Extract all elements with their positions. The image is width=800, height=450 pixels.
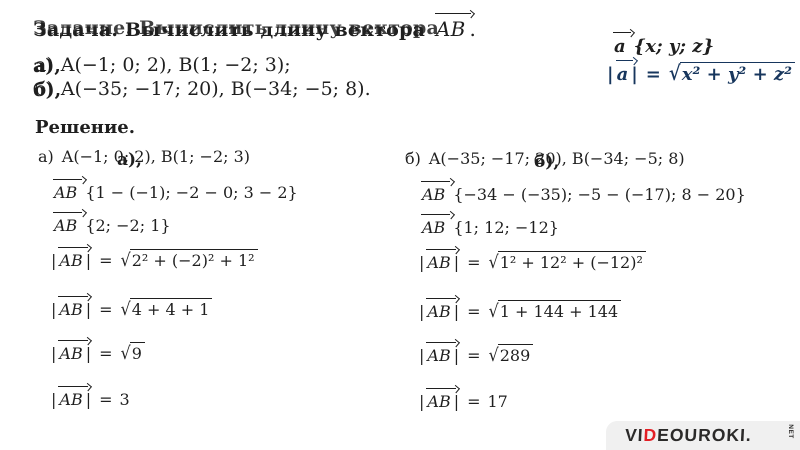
vector-components-result: AB{1; 12; −12}: [420, 218, 559, 237]
vector-ab-arrow: AB: [420, 218, 447, 237]
slide: Задание. Вычислить длину вектора Задача.…: [0, 0, 800, 450]
components-values: {1; 12; −12}: [453, 218, 559, 237]
vector-ab-arrow: AB: [425, 392, 452, 411]
components-values: {2; −2; 1}: [85, 216, 170, 235]
task-b-points: A(−35; −17; 20), B(−34; −5; 8).: [61, 78, 371, 100]
logo-part-post: EOUROKI.: [657, 425, 753, 445]
vector-a-arrow: a: [612, 36, 628, 57]
equals-sign: =: [646, 64, 661, 85]
vector-ab-arrow: AB: [425, 302, 452, 321]
abs-bar: |: [418, 302, 425, 321]
radicand: 1 + 144 + 144: [498, 300, 621, 321]
abs-bar: |: [453, 392, 460, 411]
formula-radicand: x² + y² + z²: [680, 62, 795, 85]
magnitude-value: 3: [120, 390, 130, 409]
task-b-ghost-label: б),: [33, 79, 61, 101]
vector-components-result: AB{2; −2; 1}: [52, 216, 171, 235]
abs-bar: |: [85, 251, 92, 270]
abs-bar: |: [418, 346, 425, 365]
radicand: 9: [130, 342, 145, 363]
abs-bar: |: [50, 251, 57, 270]
vector-components-step: AB{1 − (−1); −2 − 0; 3 − 2}: [52, 183, 298, 202]
logo-part-pre: VI: [625, 425, 645, 445]
radicand: 4 + 4 + 1: [130, 298, 213, 319]
sqrt-icon: √: [489, 300, 499, 321]
abs-bar: |: [418, 392, 425, 411]
logo-text: VIDEOUROKI.: [624, 425, 752, 446]
abs-bar: |: [418, 253, 425, 272]
vector-a-arrow: a: [615, 64, 631, 85]
formula-magnitude-line: |a|=√x² + y² + z²: [606, 62, 795, 85]
abs-bar: |: [630, 64, 639, 85]
task-line-a: а)A(−1; 0; 2), B(1; −2; 3);: [35, 54, 291, 76]
abs-bar: |: [50, 300, 57, 319]
equals-sign: =: [467, 392, 480, 411]
sqrt-icon: √: [121, 298, 131, 319]
result-step: |AB|=3: [50, 390, 130, 409]
sqrt-icon: √: [489, 344, 499, 365]
magnitude-step: |AB|=√4 + 4 + 1: [50, 298, 212, 319]
abs-bar: |: [50, 344, 57, 363]
solution-a-points: A(−1; 0; 2), B(1; −2; 3): [62, 147, 250, 166]
formula-components: {x; y; z}: [634, 36, 714, 57]
vector-ab-arrow: AB: [425, 346, 452, 365]
abs-bar: |: [85, 300, 92, 319]
equals-sign: =: [467, 302, 480, 321]
radicand: 1² + 12² + (−12)²: [498, 251, 646, 272]
vector-ab-arrow: AB: [52, 216, 79, 235]
solution-a-header: а)A(−1; 0; 2), B(1; −2; 3): [38, 147, 250, 166]
magnitude-step: |AB|=√2² + (−2)² + 1²: [50, 249, 258, 270]
slide-title-front-layer: Задача. Вычислить длину вектораAB.: [33, 17, 476, 41]
logo-net-label: NET: [786, 424, 793, 439]
solution-a-ghost-label: а),: [117, 150, 142, 170]
radicand: 2² + (−2)² + 1²: [130, 249, 258, 270]
sqrt-icon: √: [489, 251, 499, 272]
magnitude-step: |AB|=√9: [50, 342, 145, 363]
vector-ab-arrow: AB: [425, 253, 452, 272]
solution-a-label: а): [38, 147, 54, 166]
equals-sign: =: [467, 253, 480, 272]
radicand: 289: [498, 344, 534, 365]
magnitude-step: |AB|=√289: [418, 344, 533, 365]
abs-bar: |: [85, 390, 92, 409]
equals-sign: =: [99, 390, 112, 409]
logo-letter-d: D: [643, 425, 658, 445]
result-step: |AB|=17: [418, 392, 508, 411]
solution-b-label: б): [405, 149, 421, 168]
vector-ab-arrow: AB: [57, 344, 84, 363]
vector-ab-arrow: AB: [52, 183, 79, 202]
vector-ab-arrow: AB: [57, 390, 84, 409]
magnitude-value: 17: [488, 392, 508, 411]
abs-bar: |: [453, 346, 460, 365]
abs-bar: |: [50, 390, 57, 409]
equals-sign: =: [99, 300, 112, 319]
vector-ab-arrow: AB: [57, 300, 84, 319]
equals-sign: =: [99, 344, 112, 363]
slide-title: Задание. Вычислить длину вектора Задача.…: [33, 17, 393, 47]
equals-sign: =: [99, 251, 112, 270]
sqrt-icon: √: [121, 249, 131, 270]
vector-ab-arrow: AB: [57, 251, 84, 270]
title-period: .: [470, 17, 477, 41]
sqrt-icon: √: [121, 342, 131, 363]
magnitude-step: |AB|=√1 + 144 + 144: [418, 300, 621, 321]
title-text: Задача. Вычислить длину вектора: [33, 19, 425, 41]
components-expression: {−34 − (−35); −5 − (−17); 8 − 20}: [453, 185, 745, 204]
task-a-ghost-label: а),: [33, 55, 61, 77]
abs-bar: |: [606, 64, 615, 85]
equals-sign: =: [467, 346, 480, 365]
videouroki-logo: VIDEOUROKI. NET: [606, 421, 800, 450]
abs-bar: |: [85, 344, 92, 363]
vector-components-step: AB{−34 − (−35); −5 − (−17); 8 − 20}: [420, 185, 746, 204]
formula-vector-line: a{x; y; z}: [612, 36, 714, 57]
abs-bar: |: [453, 302, 460, 321]
vector-ab-arrow: AB: [434, 17, 468, 41]
vector-ab-arrow: AB: [420, 185, 447, 204]
task-a-points: A(−1; 0; 2), B(1; −2; 3);: [61, 54, 291, 76]
sqrt-icon: √: [669, 62, 681, 86]
magnitude-step: |AB|=√1² + 12² + (−12)²: [418, 251, 646, 272]
solution-heading: Решение.: [35, 117, 135, 138]
abs-bar: |: [453, 253, 460, 272]
solution-b-ghost-label: б),: [534, 152, 559, 172]
task-line-b: б)A(−35; −17; 20), B(−34; −5; 8).: [35, 78, 371, 100]
components-expression: {1 − (−1); −2 − 0; 3 − 2}: [85, 183, 297, 202]
